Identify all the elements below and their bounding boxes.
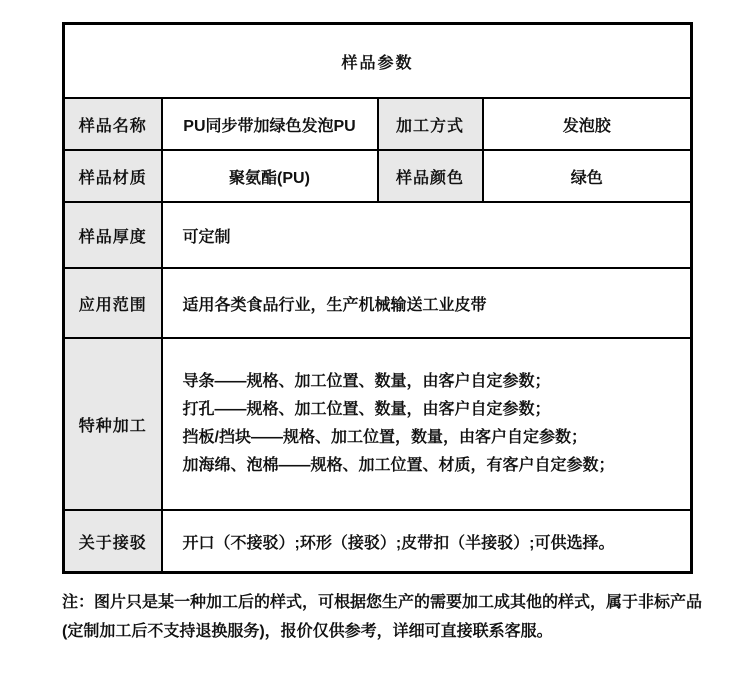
value-sample-color: 绿色 — [483, 150, 692, 202]
row-application-scope: 应用范围 适用各类食品行业，生产机械输送工业皮带 — [64, 268, 692, 338]
value-application-scope: 适用各类食品行业，生产机械输送工业皮带 — [162, 268, 692, 338]
table-title: 样品参数 — [64, 24, 692, 99]
row-special-processing: 特种加工 导条——规格、加工位置、数量，由客户自定参数； 打孔——规格、加工位置… — [64, 338, 692, 510]
label-application-scope: 应用范围 — [64, 268, 162, 338]
label-sample-thickness: 样品厚度 — [64, 202, 162, 268]
row-sample-thickness: 样品厚度 可定制 — [64, 202, 692, 268]
label-sample-material: 样品材质 — [64, 150, 162, 202]
value-special-processing: 导条——规格、加工位置、数量，由客户自定参数； 打孔——规格、加工位置、数量，由… — [162, 338, 692, 510]
special-processing-line-4: 加海绵、泡棉——规格、加工位置、材质，有客户自定参数； — [183, 452, 681, 480]
row-sample-name: 样品名称 PU同步带加绿色发泡PU 加工方式 发泡胶 — [64, 98, 692, 150]
special-processing-line-2: 打孔——规格、加工位置、数量，由客户自定参数； — [183, 396, 681, 424]
value-sample-material: 聚氨酯(PU) — [162, 150, 378, 202]
label-process-method: 加工方式 — [378, 98, 483, 150]
special-processing-line-1: 导条——规格、加工位置、数量，由客户自定参数； — [183, 368, 681, 396]
special-processing-line-3: 挡板/挡块——规格、加工位置，数量，由客户自定参数； — [183, 424, 681, 452]
row-about-joining: 关于接驳 开口（不接驳）;环形（接驳）;皮带扣（半接驳）;可供选择。 — [64, 510, 692, 573]
footnote: 注：图片只是某一种加工后的样式，可根据您生产的需要加工成其他的样式，属于非标产品… — [62, 588, 710, 646]
label-sample-name: 样品名称 — [64, 98, 162, 150]
value-process-method: 发泡胶 — [483, 98, 692, 150]
label-sample-color: 样品颜色 — [378, 150, 483, 202]
page: 样品参数 样品名称 PU同步带加绿色发泡PU 加工方式 发泡胶 样品材质 聚氨酯… — [0, 0, 750, 679]
value-sample-thickness: 可定制 — [162, 202, 692, 268]
value-about-joining: 开口（不接驳）;环形（接驳）;皮带扣（半接驳）;可供选择。 — [162, 510, 692, 573]
title-row: 样品参数 — [64, 24, 692, 99]
label-about-joining: 关于接驳 — [64, 510, 162, 573]
value-sample-name: PU同步带加绿色发泡PU — [162, 98, 378, 150]
label-special-processing: 特种加工 — [64, 338, 162, 510]
row-sample-material: 样品材质 聚氨酯(PU) 样品颜色 绿色 — [64, 150, 692, 202]
sample-parameters-table: 样品参数 样品名称 PU同步带加绿色发泡PU 加工方式 发泡胶 样品材质 聚氨酯… — [62, 22, 693, 574]
